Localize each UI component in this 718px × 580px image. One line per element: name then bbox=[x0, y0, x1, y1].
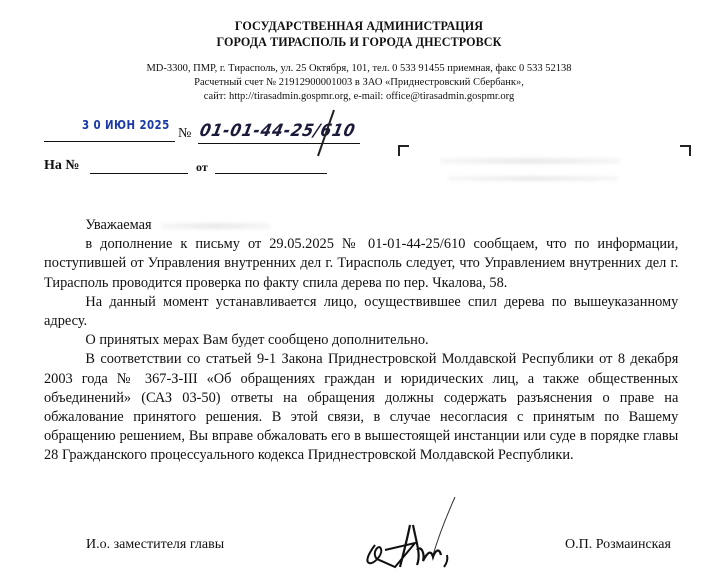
paragraph-1: в дополнение к письму от 29.05.2025 № 01… bbox=[44, 235, 678, 293]
signatory-name: О.П. Розмаинская bbox=[565, 537, 671, 553]
letterhead-title-line2: ГОРОДА ТИРАСПОЛЬ И ГОРОДА ДНЕСТРОВСК bbox=[25, 34, 693, 49]
pen-stroke-mark bbox=[310, 108, 340, 158]
handwritten-signature bbox=[355, 495, 465, 570]
reply-to-underline bbox=[90, 173, 188, 174]
recipient-redacted-line2 bbox=[448, 176, 618, 181]
address-corner-left bbox=[398, 145, 409, 156]
salutation-text: Уважаемая bbox=[85, 217, 151, 233]
letterhead-web: сайт: http://tirasadmin.gospmr.org, e-ma… bbox=[0, 90, 718, 103]
date-underline bbox=[44, 141, 175, 142]
letter-body: Уважаемая в дополнение к письму от 29.05… bbox=[44, 216, 678, 466]
address-corner-right bbox=[680, 145, 691, 156]
reply-from-underline bbox=[215, 173, 327, 174]
letterhead-address: MD-3300, ПМР, г. Тирасполь, ул. 25 Октяб… bbox=[0, 62, 718, 75]
recipient-name-redacted bbox=[161, 223, 269, 229]
recipient-redacted-line1 bbox=[440, 158, 620, 164]
salutation: Уважаемая bbox=[44, 216, 678, 235]
letterhead-title-line1: ГОСУДАРСТВЕННАЯ АДМИНИСТРАЦИЯ bbox=[25, 18, 693, 33]
reply-from-label: от bbox=[196, 160, 208, 175]
reply-to-label: На № bbox=[44, 158, 79, 174]
paragraph-3: О принятых мерах Вам будет сообщено допо… bbox=[44, 331, 678, 350]
outgoing-number-label: № bbox=[178, 126, 191, 142]
date-stamp: 3 0 ИЮН 2025 bbox=[82, 117, 170, 132]
paragraph-2: На данный момент устанавливается лицо, о… bbox=[44, 293, 678, 331]
letterhead-bank: Расчетный счет № 21912900001003 в ЗАО «П… bbox=[0, 76, 718, 89]
signatory-position: И.о. заместителя главы bbox=[86, 537, 224, 553]
paragraph-4: В соответствии со статьей 9-1 Закона При… bbox=[44, 350, 678, 465]
